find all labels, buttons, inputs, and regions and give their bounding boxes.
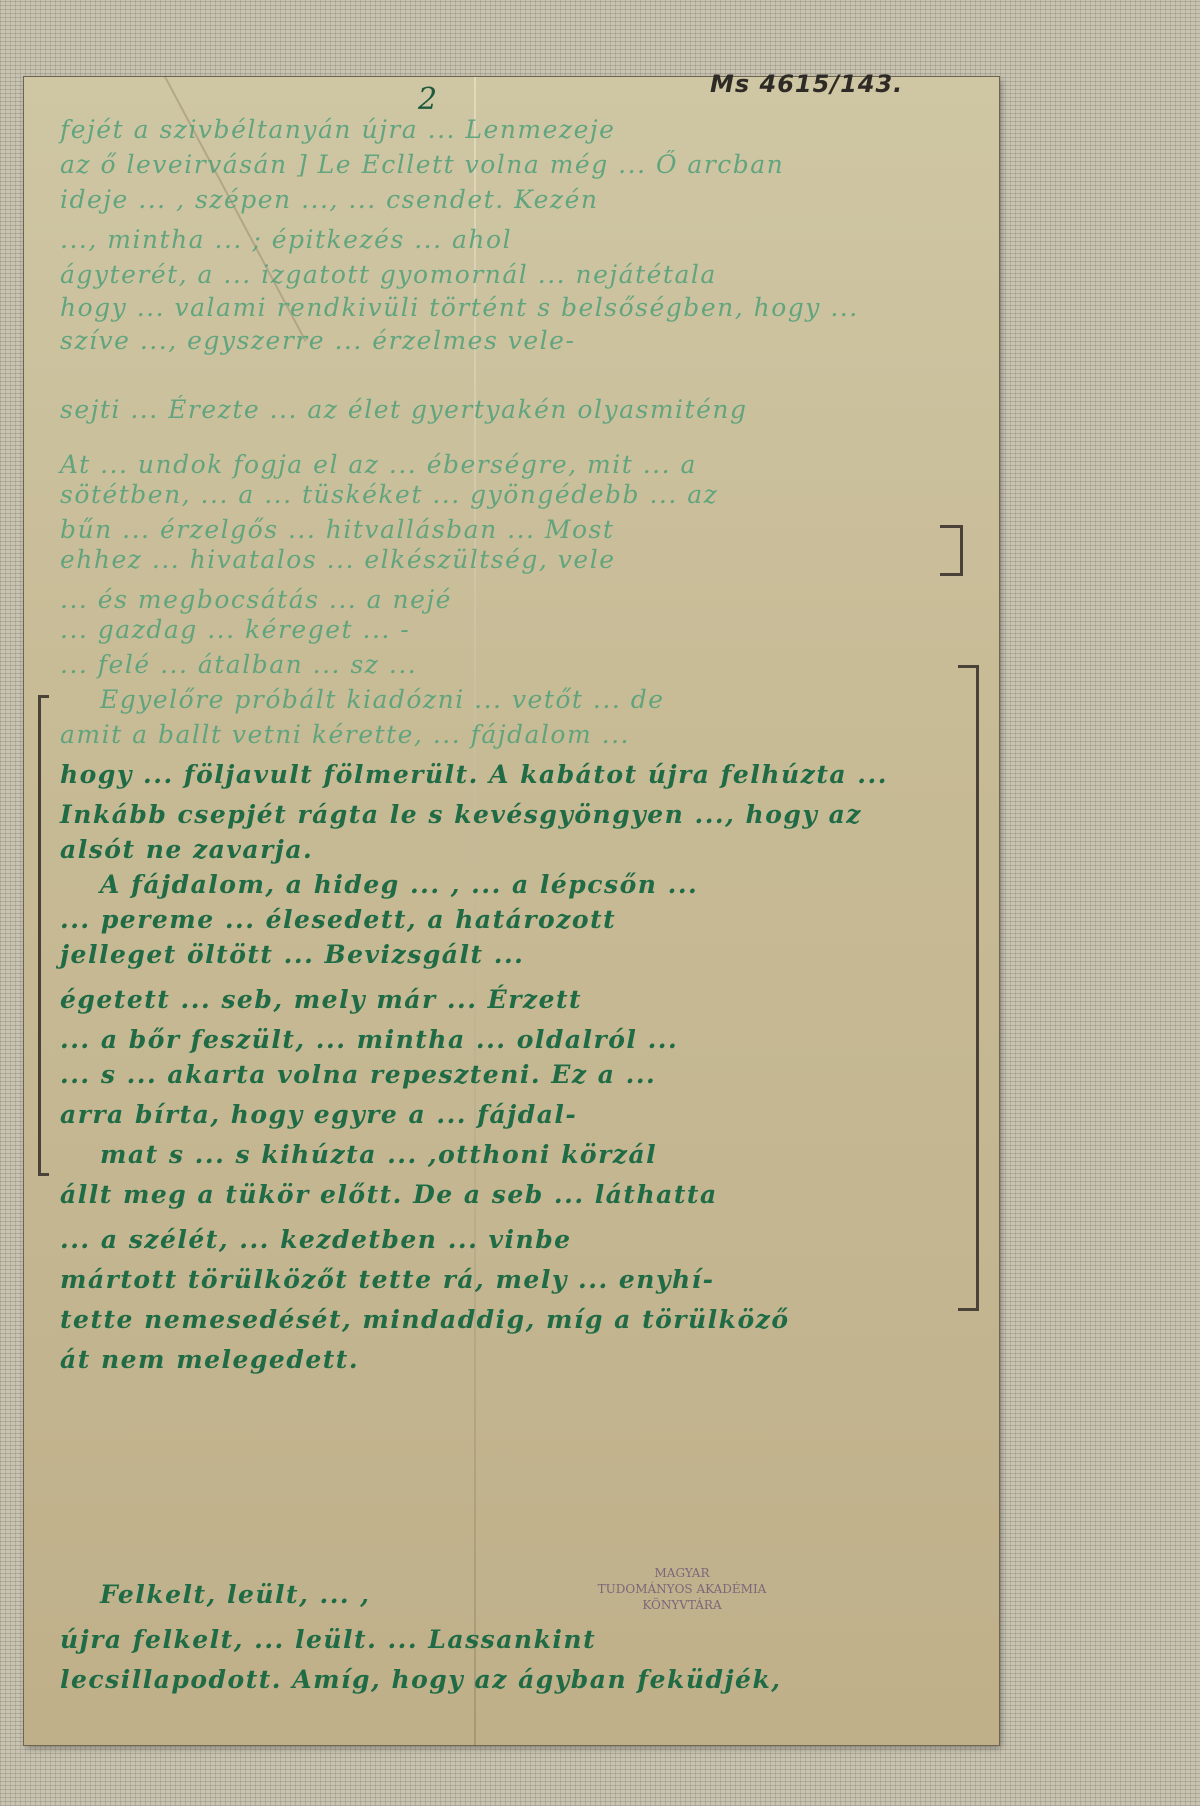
manuscript-line: ... gazdag ... kéreget ... - bbox=[60, 615, 410, 644]
library-stamp: MAGYAR TUDOMÁNYOS AKADÉMIA KÖNYVTÁRA bbox=[592, 1565, 772, 1613]
manuscript-line: Felkelt, leült, ... , bbox=[100, 1580, 371, 1609]
manuscript-line: mártott törülközőt tette rá, mely ... en… bbox=[60, 1265, 715, 1294]
manuscript-line: A fájdalom, a hideg ... , ... a lépcsőn … bbox=[100, 870, 698, 899]
manuscript-line: ... és megbocsátás ... a nejé bbox=[60, 585, 452, 614]
manuscript-line: lecsillapodott. Amíg, hogy az ágyban fek… bbox=[60, 1665, 781, 1694]
manuscript-line: ..., mintha ... ; épitkezés ... ahol bbox=[60, 225, 512, 254]
manuscript-line: szíve ..., egyszerre ... érzelmes vele- bbox=[60, 326, 575, 355]
manuscript-line: bűn ... érzelgős ... hitvallásban ... Mo… bbox=[60, 515, 614, 544]
manuscript-line: arra bírta, hogy egyre a ... fájdal- bbox=[60, 1100, 577, 1129]
pencil-bracket-left-lower bbox=[38, 695, 49, 1176]
manuscript-line: ágyterét, a ... izgatott gyomornál ... n… bbox=[60, 260, 717, 289]
manuscript-line: tette nemesedését, mindaddig, míg a törü… bbox=[60, 1305, 790, 1334]
manuscript-line: fejét a szivbéltanyán újra ... Lenmezeje bbox=[60, 115, 615, 144]
stamp-line: TUDOMÁNYOS AKADÉMIA bbox=[592, 1581, 772, 1597]
pencil-bracket-right-upper bbox=[940, 525, 963, 576]
manuscript-line: amit a ballt vetni kérette, ... fájdalom… bbox=[60, 720, 630, 749]
manuscript-line: hogy ... valami rendkivüli történt s bel… bbox=[60, 293, 859, 322]
manuscript-line: ideje ... , szépen ..., ... csendet. Kez… bbox=[60, 185, 598, 214]
stamp-line: KÖNYVTÁRA bbox=[592, 1597, 772, 1613]
manuscript-line: ... a bőr feszült, ... mintha ... oldalr… bbox=[60, 1025, 678, 1054]
manuscript-line: ehhez ... hivatalos ... elkészültség, ve… bbox=[60, 545, 616, 574]
manuscript-line: ... s ... akarta volna repeszteni. Ez a … bbox=[60, 1060, 656, 1089]
manuscript-line: Egyelőre próbált kiadózni ... vetőt ... … bbox=[100, 685, 665, 714]
manuscript-line: hogy ... följavult fölmerült. A kabátot … bbox=[60, 760, 888, 789]
manuscript-line: Inkább csepjét rágta le s kevésgyöngyen … bbox=[60, 800, 862, 829]
manuscript-line: állt meg a tükör előtt. De a seb ... lát… bbox=[60, 1180, 718, 1209]
manuscript-line: mat s ... s kihúzta ... ,otthoni körzál bbox=[100, 1140, 657, 1169]
manuscript-line: sejti ... Érezte ... az élet gyertyakén … bbox=[60, 395, 748, 424]
manuscript-line: át nem melegedett. bbox=[60, 1345, 359, 1374]
shelfmark-annotation: Ms 4615/143. bbox=[710, 70, 903, 98]
manuscript-line: ... pereme ... élesedett, a határozott bbox=[60, 905, 616, 934]
manuscript-line: az ő leveirvásán ] Le Ecllett volna még … bbox=[60, 150, 784, 179]
manuscript-line: jelleget öltött ... Bevizsgált ... bbox=[60, 940, 524, 969]
manuscript-line: At ... undok fogja el az ... éberségre, … bbox=[60, 450, 697, 479]
manuscript-line: sötétben, ... a ... tüskéket ... gyöngéd… bbox=[60, 480, 718, 509]
page-number: 2 bbox=[418, 82, 437, 117]
pencil-bracket-right-lower bbox=[958, 665, 979, 1311]
manuscript-line: ... a szélét, ... kezdetben ... vinbe bbox=[60, 1225, 572, 1254]
manuscript-line: égetett ... seb, mely már ... Érzett bbox=[60, 985, 582, 1014]
manuscript-line: ... felé ... átalban ... sz ... bbox=[60, 650, 417, 679]
manuscript-line: alsót ne zavarja. bbox=[60, 835, 313, 864]
manuscript-line: újra felkelt, ... leült. ... Lassankint bbox=[60, 1625, 596, 1654]
stamp-line: MAGYAR bbox=[592, 1565, 772, 1581]
